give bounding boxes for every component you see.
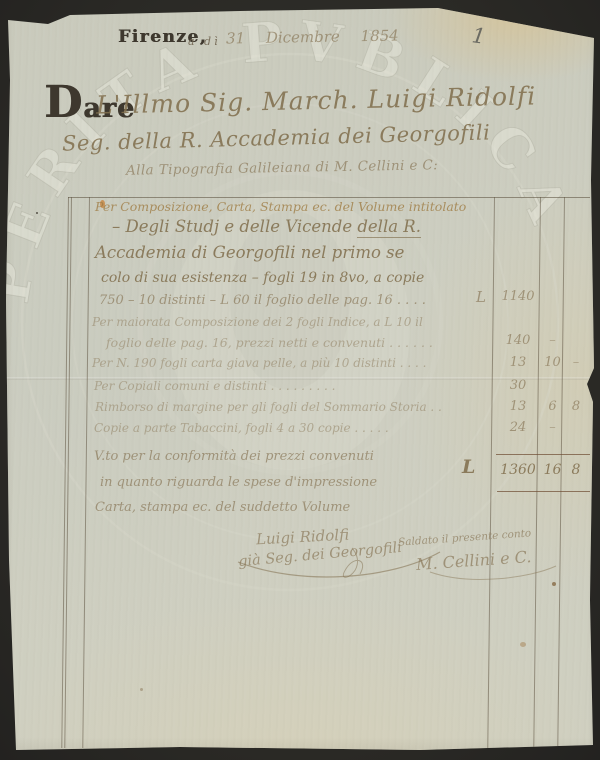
amount-denari: 8 [565,399,587,414]
entry-line: Per N. 190 fogli carta giava pelle, a pi… [92,356,426,370]
total-soldi: 16 [541,462,564,478]
amount-soldi: 6 [541,399,564,414]
addressee-name-line: L'Illmo Sig. March. Luigi Ridolfi [96,81,537,119]
entry-line: colo di sua esistenza – fogli 19 in 8vo,… [101,270,424,286]
entry-text: Accademia di Georgofili nel primo se [95,243,404,262]
entry-text: colo di sua esistenza – fogli 19 in 8vo,… [101,270,424,286]
amount-lire: 13 [496,355,540,370]
entry-line: Per Composizione, Carta, Stampa ec. del … [95,199,466,214]
stain-spot [36,212,38,214]
addressee-title-line: Seg. della R. Accademia dei Georgofili [62,120,491,155]
issuer-line: Alla Tipografia Galileiana di M. Cellini… [126,157,438,178]
entry-text: Per N. 190 fogli carta giava pelle, a pi… [92,356,426,370]
entry-text: foglio delle pag. 16, prezzi netti e con… [106,335,433,350]
paper-sheet: PERITA PVBLICA Firenze, a dì 31 Dicembre… [0,0,600,760]
lira-mark: L [476,288,486,306]
amount-lire: 24 [496,420,540,435]
closing-line: Carta, stampa ec. del suddetto Volume [95,500,350,515]
entry-line: – Degli Studj e delle Vicende della R. [112,217,421,236]
entry-line: Accademia di Georgofili nel primo se [95,243,404,262]
amount-denari: – [565,355,587,370]
signature-right-name: M. Cellini e C. [415,547,531,574]
page-number: 1 [470,23,487,49]
amount-soldi: – [541,333,564,348]
amount-lire: 30 [496,378,540,393]
amount-lire: 1140 [496,289,540,304]
amount-soldi: 10 [541,355,564,370]
entry-line: 750 – 10 distinti – L 60 il foglio delle… [99,293,426,308]
total-box-top-line [496,454,590,455]
entry-line: Copie a parte Tabaccini, fogli 4 a 30 co… [94,421,389,435]
signature-right-note: Saldato il presente conto [398,527,532,548]
entry-text-underlined: della R. [357,217,421,238]
closing-line: in quanto riguarda le spese d'impression… [100,475,377,490]
handwritten-date: 31 Dicembre 1854 [226,26,399,47]
entry-line: Rimborso di margine per gli fogli del So… [95,400,442,414]
ink-speck [552,582,556,586]
stain-spot [140,688,143,691]
entry-text: in quanto riguarda le spese d'impression… [100,475,377,490]
entry-text: Per Copiali comuni e distinti . . . . . … [94,379,336,393]
entry-text: Copie a parte Tabaccini, fogli 4 a 30 co… [94,421,389,435]
entry-text: Carta, stampa ec. del suddetto Volume [95,500,350,515]
entry-text: V.to per la conformità dei prezzi conven… [94,449,374,464]
scanned-document: PERITA PVBLICA Firenze, a dì 31 Dicembre… [0,0,600,760]
amount-lire: 13 [496,399,540,414]
total-lira-mark: L [462,456,475,478]
closing-line: V.to per la conformità dei prezzi conven… [94,449,374,464]
date-preposition-label: a dì [188,35,221,48]
ruled-line-top [68,197,590,198]
entry-text: Per Composizione, Carta, Stampa ec. del … [95,199,466,214]
entry-text: Per maiorata Composizione dei 2 fogli In… [92,315,423,329]
entry-text: 750 – 10 distinti – L 60 il foglio delle… [99,293,426,308]
amount-soldi: – [541,420,564,435]
ruled-line-amount-lire [487,197,495,748]
entry-text: – Degli Studj e delle Vicende [112,217,357,236]
stain-spot [520,642,526,647]
entry-line: Per Copiali comuni e distinti . . . . . … [94,379,336,393]
entry-text: Rimborso di margine per gli fogli del So… [95,400,442,414]
ruled-line-left-margin [82,197,90,748]
total-denari: 8 [565,462,587,478]
entry-line: foglio delle pag. 16, prezzi netti e con… [106,335,433,350]
amount-lire: 140 [496,333,540,348]
total-box-bottom-line [497,491,590,492]
total-lire: 1360 [496,462,540,478]
entry-line: Per maiorata Composizione dei 2 fogli In… [92,315,423,329]
